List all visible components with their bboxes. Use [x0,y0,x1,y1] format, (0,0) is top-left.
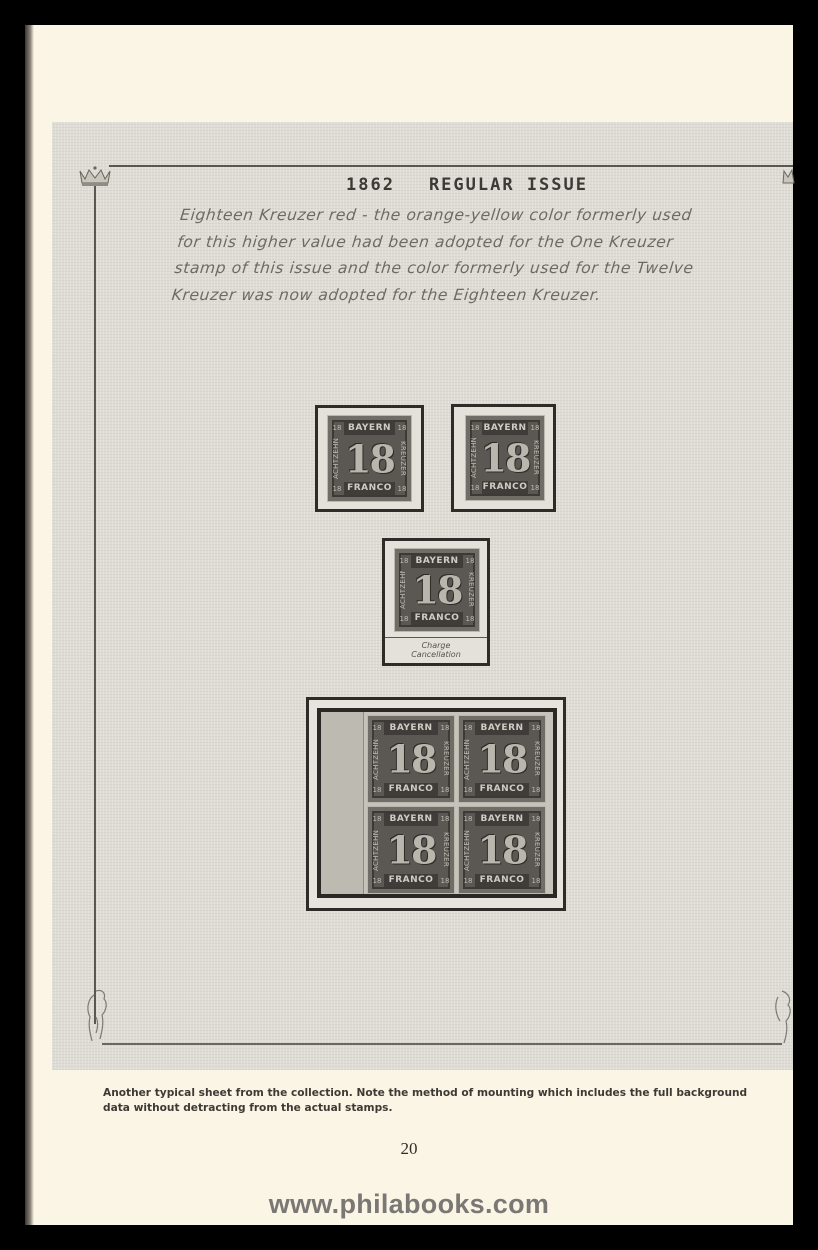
stamp-corner: 18 [440,815,450,823]
stamp-bottom-text: FRANCO [384,874,438,887]
stamp-bottom-text: FRANCO [482,481,528,494]
stamp-bottom-text: FRANCO [344,482,395,495]
stamp-bottom-text: FRANCO [475,783,529,796]
stamp-18-kreuzer: BAYERN FRANCO ACHTZEHN KREUZER 18 18 18 … [367,806,455,894]
stamp-mount-block-of-four: BAYERN FRANCO ACHTZEHN KREUZER 18 18 18 … [306,697,566,911]
sheet-frame-left-line [94,184,96,1024]
stamp-value: 18 [459,737,545,782]
stamp-bottom-text: FRANCO [475,874,529,887]
stamp-corner: 18 [470,424,480,432]
stamp-country: BAYERN [482,422,528,435]
stamp-country: BAYERN [475,813,529,826]
stamp-mount-single-3: BAYERN FRANCO ACHTZEHN KREUZER 18 18 18 … [382,538,490,666]
stamp-corner: 18 [440,786,450,794]
stamp-corner: 18 [372,724,382,732]
stamp-corner: 18 [399,615,409,623]
stamp-corner: 18 [465,557,475,565]
sheet-title-year: 1862 [346,175,395,195]
stamp-value: 18 [328,436,411,481]
stamp-country: BAYERN [344,422,395,435]
stamp-value: 18 [466,436,544,481]
stamp-corner: 18 [332,485,342,493]
stamp-corner: 18 [531,815,541,823]
stamp-18-kreuzer: BAYERN FRANCO ACHTZEHN KREUZER 18 18 18 … [458,715,546,803]
stamp-corner: 18 [531,724,541,732]
album-sheet-photo: 1862REGULAR ISSUE Eighteen Kreuzer red -… [52,122,793,1070]
stamp-value: 18 [368,828,454,873]
stamp-18-kreuzer: BAYERN FRANCO ACHTZEHN KREUZER 18 18 18 … [367,715,455,803]
stamp-corner: 18 [463,877,473,885]
stamp-corner: 18 [463,786,473,794]
sheet-selvage [321,712,364,894]
stamp-18-kreuzer: BAYERN FRANCO ACHTZEHN KREUZER 18 18 18 … [458,806,546,894]
stamp-corner: 18 [372,786,382,794]
sheet-title: 1862REGULAR ISSUE [52,175,792,195]
stamp-corner: 18 [372,877,382,885]
stamp-corner: 18 [440,724,450,732]
page-gutter-shadow [25,25,34,1225]
stamp-value: 18 [395,568,479,613]
book-page: 1862REGULAR ISSUE Eighteen Kreuzer red -… [25,25,793,1225]
stamp-corner: 18 [397,485,407,493]
stamp-mount-single-2: BAYERN FRANCO ACHTZEHN KREUZER 18 18 18 … [451,404,556,512]
stamp-18-kreuzer: BAYERN FRANCO ACHTZEHN KREUZER 18 18 18 … [465,415,545,501]
stamp-corner: 18 [440,877,450,885]
stamp-corner: 18 [530,484,540,492]
stamp-corner: 18 [531,786,541,794]
stamp-value: 18 [459,828,545,873]
sheet-frame-top-line [109,165,793,167]
stamp-18-kreuzer: BAYERN FRANCO ACHTZEHN KREUZER 18 18 18 … [394,548,480,632]
stamp-bottom-text: FRANCO [384,783,438,796]
stamp-corner: 18 [463,815,473,823]
stamp-corner: 18 [399,557,409,565]
mount-caption-line2: Cancellation [385,650,487,659]
stamp-corner: 18 [463,724,473,732]
stamp-corner: 18 [372,815,382,823]
watermark-link[interactable]: www.philabooks.com [25,1189,793,1220]
stamp-country: BAYERN [384,813,438,826]
stamp-country: BAYERN [384,722,438,735]
stamp-bottom-text: FRANCO [411,612,463,625]
stamp-country: BAYERN [475,722,529,735]
stamp-corner: 18 [332,424,342,432]
sheet-frame-bottom-line [102,1043,782,1045]
stamp-value: 18 [368,737,454,782]
stamp-corner: 18 [397,424,407,432]
figure-caption: Another typical sheet from the collectio… [103,1086,775,1115]
lion-icon [82,987,112,1047]
lion-icon [772,987,796,1047]
page-number: 20 [25,1139,793,1159]
mount-caption-line1: Charge [385,641,487,650]
caption-divider [385,637,487,638]
stamp-corner: 18 [470,484,480,492]
stamp-mount-single-1: BAYERN FRANCO ACHTZEHN KREUZER 18 18 18 … [315,405,424,512]
stamp-18-kreuzer: BAYERN FRANCO ACHTZEHN KREUZER 18 18 18 … [327,415,412,502]
sheet-title-text: REGULAR ISSUE [429,175,588,195]
stamp-corner: 18 [531,877,541,885]
stamp-corner: 18 [530,424,540,432]
stamp-country: BAYERN [411,555,463,568]
stamp-corner: 18 [465,615,475,623]
block-backing: BAYERN FRANCO ACHTZEHN KREUZER 18 18 18 … [317,708,557,898]
sheet-description: Eighteen Kreuzer red - the orange-yellow… [170,202,701,308]
